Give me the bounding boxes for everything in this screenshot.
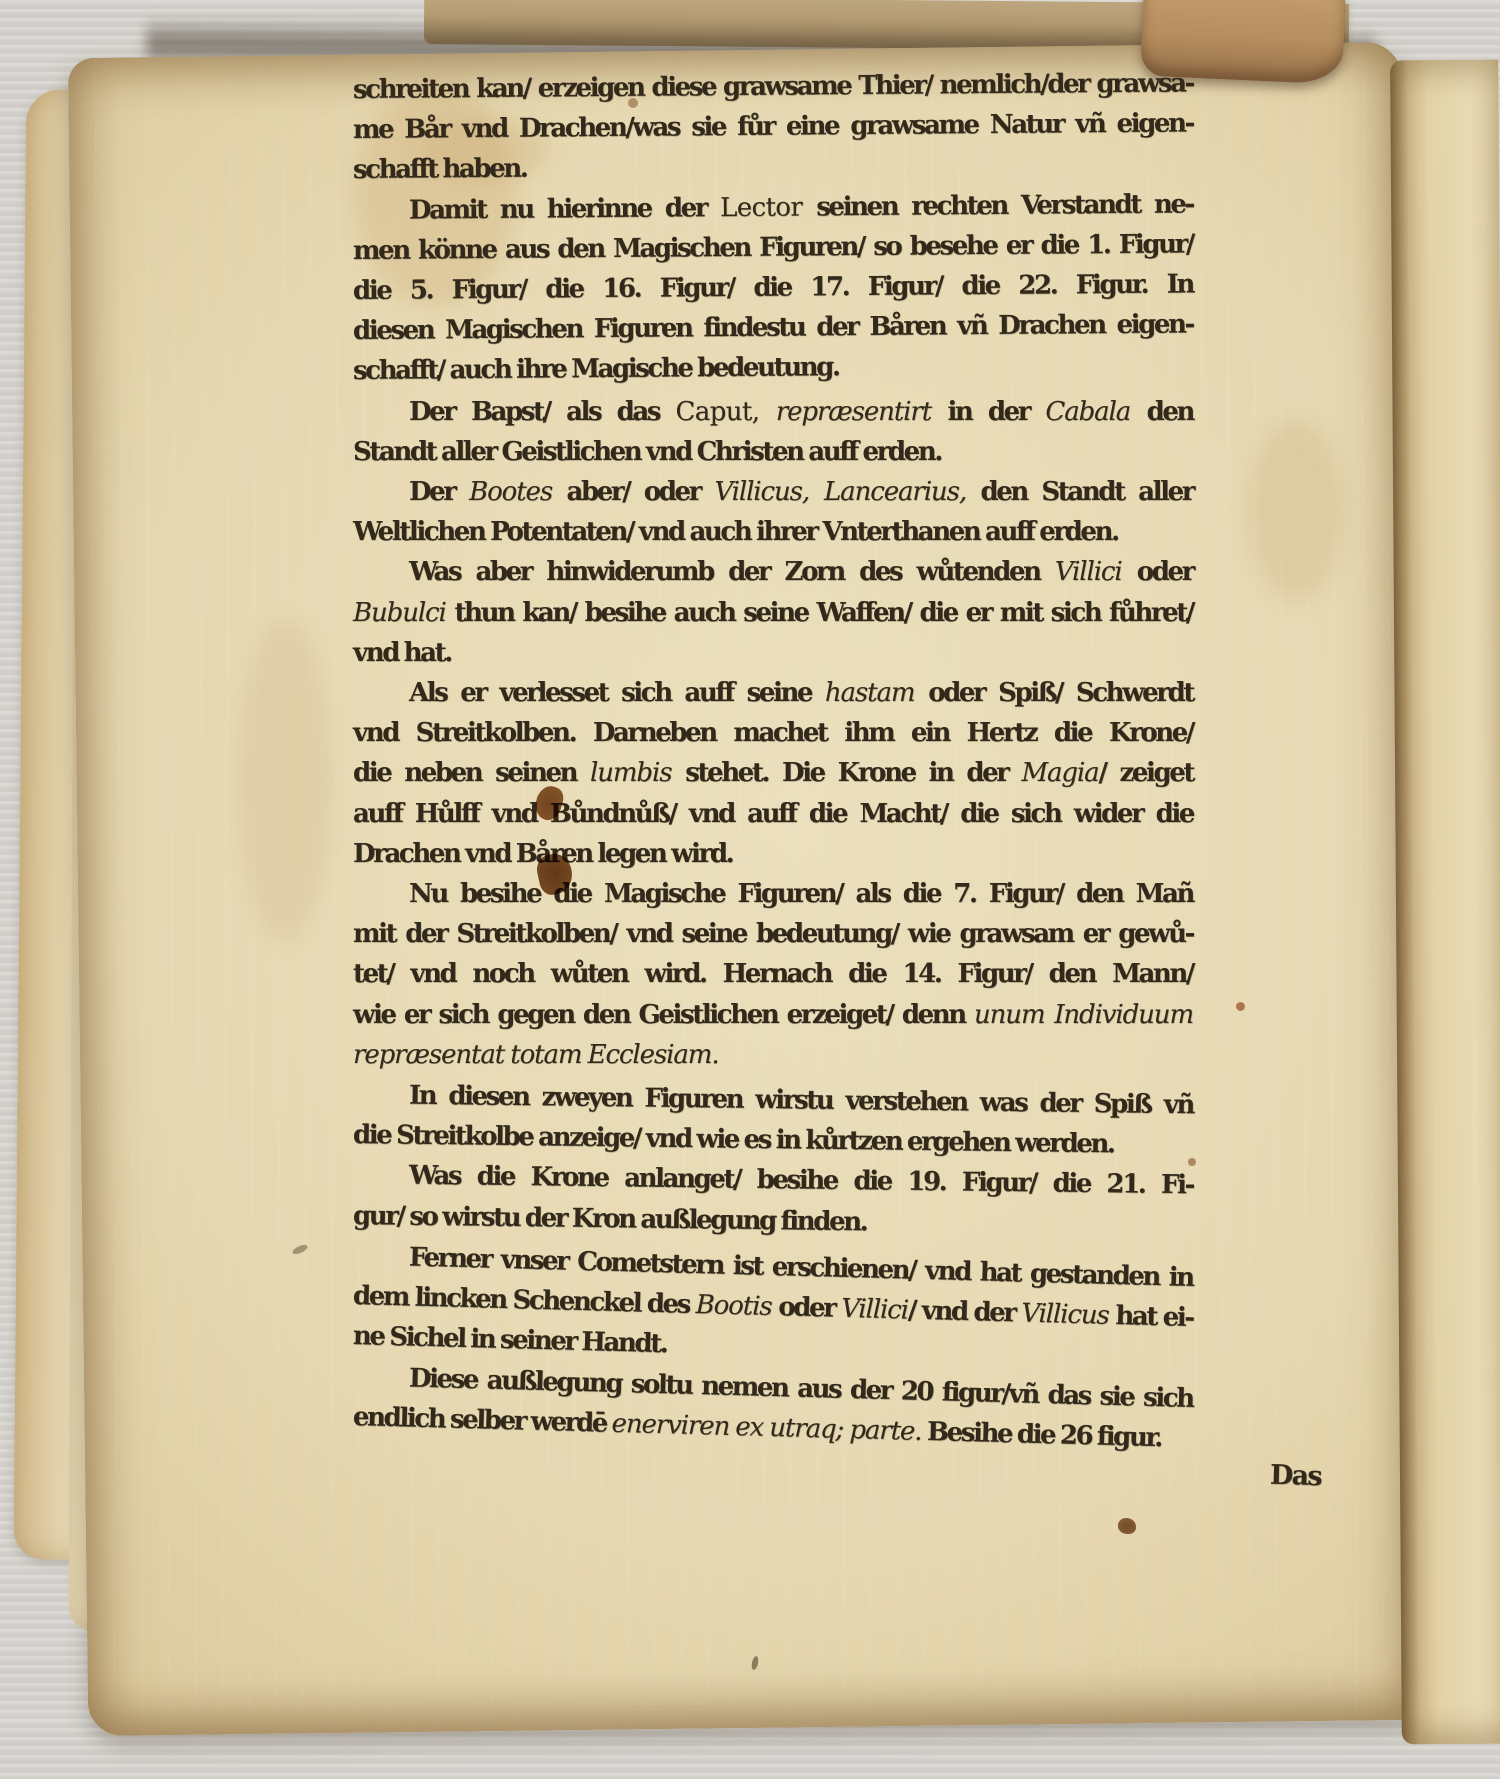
fraktur-text: diesen Magischen Figuren findestu der Bå… xyxy=(353,310,1193,347)
latin-text: Lector xyxy=(720,192,802,223)
fraktur-text: vnd hat. xyxy=(353,638,451,668)
latin-text: repræsentirt xyxy=(776,397,931,427)
fraktur-text: Besihe die 26 figur. xyxy=(921,1417,1161,1453)
text-line: Nu besihe die Magische Figuren/ als die … xyxy=(353,874,1193,914)
fraktur-text: die Streitkolbe anzeige/ vnd wie es in k… xyxy=(353,1120,1114,1159)
fraktur-text: stehet. Die Krone in der xyxy=(671,758,1021,788)
text-line: Als er verlesset sich auff seine hastam … xyxy=(353,673,1193,713)
fraktur-text: schreiten kan/ erzeigen diese grawsame T… xyxy=(353,68,1193,105)
text-line: Damit nu hierinne der Lector seinen rech… xyxy=(353,184,1193,231)
fraktur-text: in der xyxy=(931,397,1045,427)
text-line: Weltlichen Potentaten/ vnd auch ihrer Vn… xyxy=(353,512,1193,552)
latin-text: Villicus, Lancearius, xyxy=(714,477,966,507)
fraktur-text: thun kan/ besihe auch seine Waffen/ die … xyxy=(446,598,1193,628)
fraktur-text: me Bår vnd Drachen/was sie fůr eine graw… xyxy=(353,109,1193,146)
latin-text: unum Individuum xyxy=(974,1000,1193,1030)
text-line: schreiten kan/ erzeigen diese grawsame T… xyxy=(353,63,1193,110)
text-line: wie er sich gegen den Geistlichen erzeig… xyxy=(353,995,1193,1035)
text-line: Standt aller Geistlichen vnd Christen au… xyxy=(353,432,1193,472)
latin-text: Caput, xyxy=(676,397,760,427)
fraktur-text: Weltlichen Potentaten/ vnd auch ihrer Vn… xyxy=(353,517,1118,547)
fraktur-text: ne Sichel in seiner Handt. xyxy=(353,1321,667,1359)
fraktur-text: oder xyxy=(1122,557,1193,587)
fraktur-text: Standt aller Geistlichen vnd Christen au… xyxy=(353,437,941,467)
fraktur-text: gur/ so wirstu der Kron außlegung finden… xyxy=(353,1201,867,1237)
text-line: men könne aus den Magischen Figuren/ so … xyxy=(353,224,1193,271)
text-line: auff Hůlff vnd Bůndnůß/ vnd auff die Mac… xyxy=(353,794,1193,834)
latin-text: Villici xyxy=(841,1294,909,1326)
latin-text: Magia xyxy=(1021,758,1098,788)
fraktur-text: auff Hůlff vnd Bůndnůß/ vnd auff die Mac… xyxy=(353,799,1193,829)
latin-text: Villici xyxy=(1055,557,1122,587)
fraktur-text: wie er sich gegen den Geistlichen erzeig… xyxy=(353,1000,974,1030)
latin-text: Cabala xyxy=(1045,397,1130,427)
fraktur-text: tet/ vnd noch wůten wird. Hernach die 14… xyxy=(353,959,1193,989)
fraktur-text: schafft/ auch ihre Magische bedeutung. xyxy=(353,353,839,387)
book-photo: { "meta": { "kind": "Photograph of an ea… xyxy=(0,0,1500,1779)
fraktur-text: schafft haben. xyxy=(353,154,527,185)
fraktur-text: Damit nu hierinne der xyxy=(409,193,720,225)
fraktur-text: / vnd der xyxy=(908,1296,1022,1329)
fraktur-text: die 5. Figur/ die 16. Figur/ die 17. Fig… xyxy=(353,269,1193,306)
fraktur-text: oder xyxy=(771,1292,841,1324)
text-line: mit der Streitkolben/ vnd seine bedeutun… xyxy=(353,914,1193,954)
fraktur-text: den xyxy=(1130,397,1193,427)
foxing-stain xyxy=(240,620,330,940)
text-line: die neben seinen lumbis stehet. Die Kron… xyxy=(353,753,1193,793)
text-line: repræsentat totam Ecclesiam. xyxy=(353,1035,1193,1075)
fraktur-text: Nu besihe die Magische Figuren/ als die … xyxy=(409,879,1193,909)
latin-text: Bootes xyxy=(469,477,552,507)
fraktur-text: den Standt aller xyxy=(966,477,1193,507)
text-line: Der Bootes aber/ oder Villicus, Lanceari… xyxy=(353,472,1193,512)
latin-text: hastam xyxy=(825,678,915,708)
fraktur-text: Was die Krone anlanget/ besihe die 19. F… xyxy=(409,1161,1193,1201)
text-line: Bubulci thun kan/ besihe auch seine Waff… xyxy=(353,593,1193,633)
fraktur-text: hat ei- xyxy=(1108,1301,1193,1333)
text-line: schafft/ auch ihre Magische bedeutung. xyxy=(353,345,1193,392)
fraktur-text: Der Bapst/ als das xyxy=(409,397,676,427)
latin-text: Villicus xyxy=(1021,1299,1109,1331)
fraktur-text: oder Spiß/ Schwerdt xyxy=(914,678,1193,708)
fraktur-text: Was aber hinwiderumb der Zorn des wůtend… xyxy=(409,557,1055,587)
fraktur-text: aber/ oder xyxy=(552,477,714,507)
text-line: die 5. Figur/ die 16. Figur/ die 17. Fig… xyxy=(353,264,1193,311)
fraktur-text: men könne aus den Magischen Figuren/ so … xyxy=(353,229,1193,266)
fraktur-text: In diesen zweyen Figuren wirstu verstehe… xyxy=(409,1081,1193,1121)
text-line: tet/ vnd noch wůten wird. Hernach die 14… xyxy=(353,954,1193,994)
fraktur-text: / zeiget xyxy=(1099,758,1193,788)
next-page-edge xyxy=(1390,60,1500,1745)
fraktur-text: Der xyxy=(409,477,469,507)
text-line: vnd Streitkolben. Darneben machet ihm ei… xyxy=(353,713,1193,753)
fraktur-text: vnd Streitkolben. Darneben machet ihm ei… xyxy=(353,718,1193,748)
foxing-stain xyxy=(1248,420,1344,600)
fraktur-text: mit der Streitkolben/ vnd seine bedeutun… xyxy=(353,919,1193,949)
text-line: schafft haben. xyxy=(353,144,1193,191)
text-line: Was aber hinwiderumb der Zorn des wůtend… xyxy=(353,552,1193,592)
text-line: me Bår vnd Drachen/was sie fůr eine graw… xyxy=(353,104,1193,151)
text-line: vnd hat. xyxy=(353,633,1193,673)
text-line: Drachen vnd Båren legen wird. xyxy=(353,834,1193,874)
fraktur-text: seinen rechten Verstandt ne- xyxy=(802,189,1193,222)
latin-text: Bootis xyxy=(695,1290,772,1322)
latin-text: repræsentat totam Ecclesiam. xyxy=(353,1040,719,1070)
latin-text: Bubulci xyxy=(353,598,446,628)
fraktur-text: Drachen vnd Båren legen wird. xyxy=(353,839,732,869)
text-line: Der Bapst/ als das Caput, repræsentirt i… xyxy=(353,392,1193,432)
fraktur-text: dem lincken Schenckel des xyxy=(353,1281,696,1320)
latin-text: lumbis xyxy=(590,758,671,788)
fraktur-text: Als er verlesset sich auff seine xyxy=(409,678,825,708)
fraktur-text xyxy=(759,397,775,427)
text-block: schreiten kan/ erzeigen diese grawsame T… xyxy=(353,70,1193,1437)
fraktur-text: die neben seinen xyxy=(353,758,590,788)
